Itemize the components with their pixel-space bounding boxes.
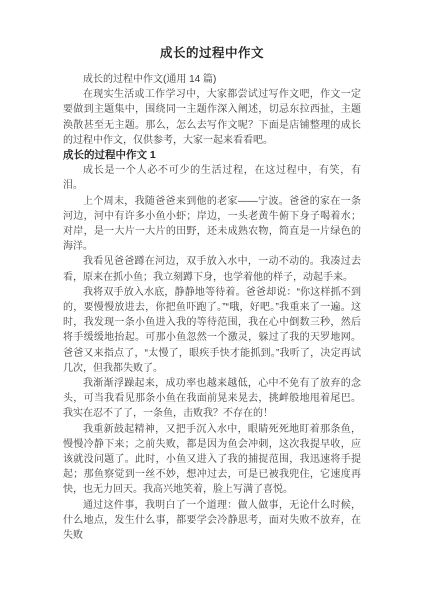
essay-paragraph: 我渐渐浮躁起来，成功率也越来越低，心中不免有了放弃的念头，可当我看见那条小鱼在我… [63, 376, 361, 422]
essay-paragraph: 我将双手放入水底，静静地等待着。爸爸却说：“你这样抓不到的，要慢慢放进去，你把鱼… [63, 285, 361, 376]
page-title: 成长的过程中作文 [63, 44, 361, 62]
section-heading-essay-1: 成长的过程中作文 1 [63, 148, 361, 163]
essay-paragraph: 上个周末，我随爸爸来到他的老家——宁波。爸爸的家在一条河边，河中有许多小鱼小虾；… [63, 194, 361, 255]
essay-paragraph: 成长是一个人必不可少的生活过程，在这过程中，有笑，有泪。 [63, 163, 361, 193]
essay-paragraph: 通过这件事，我明白了一个道理：做人做事，无论什么时候，什么地点，发生什么事，都要… [63, 498, 361, 544]
intro-paragraph: 在现实生活或工作学习中，大家都尝试过写作文吧，作文一定要做到主题集中，围绕同一主… [63, 87, 361, 148]
document-page: 成长的过程中作文 成长的过程中作文(通用 14 篇) 在现实生活或工作学习中，大… [0, 0, 424, 600]
essay-paragraph: 我看见爸爸蹲在河边，双手放入水中，一动不动的。我凑过去看，原来在抓小鱼；我立刻蹲… [63, 254, 361, 284]
document-subtitle: 成长的过程中作文(通用 14 篇) [63, 72, 361, 87]
essay-paragraph: 我重新鼓起精神，又把手沉入水中，眼睛死死地盯着那条鱼，慢慢冷静下来；之前失败，都… [63, 422, 361, 498]
